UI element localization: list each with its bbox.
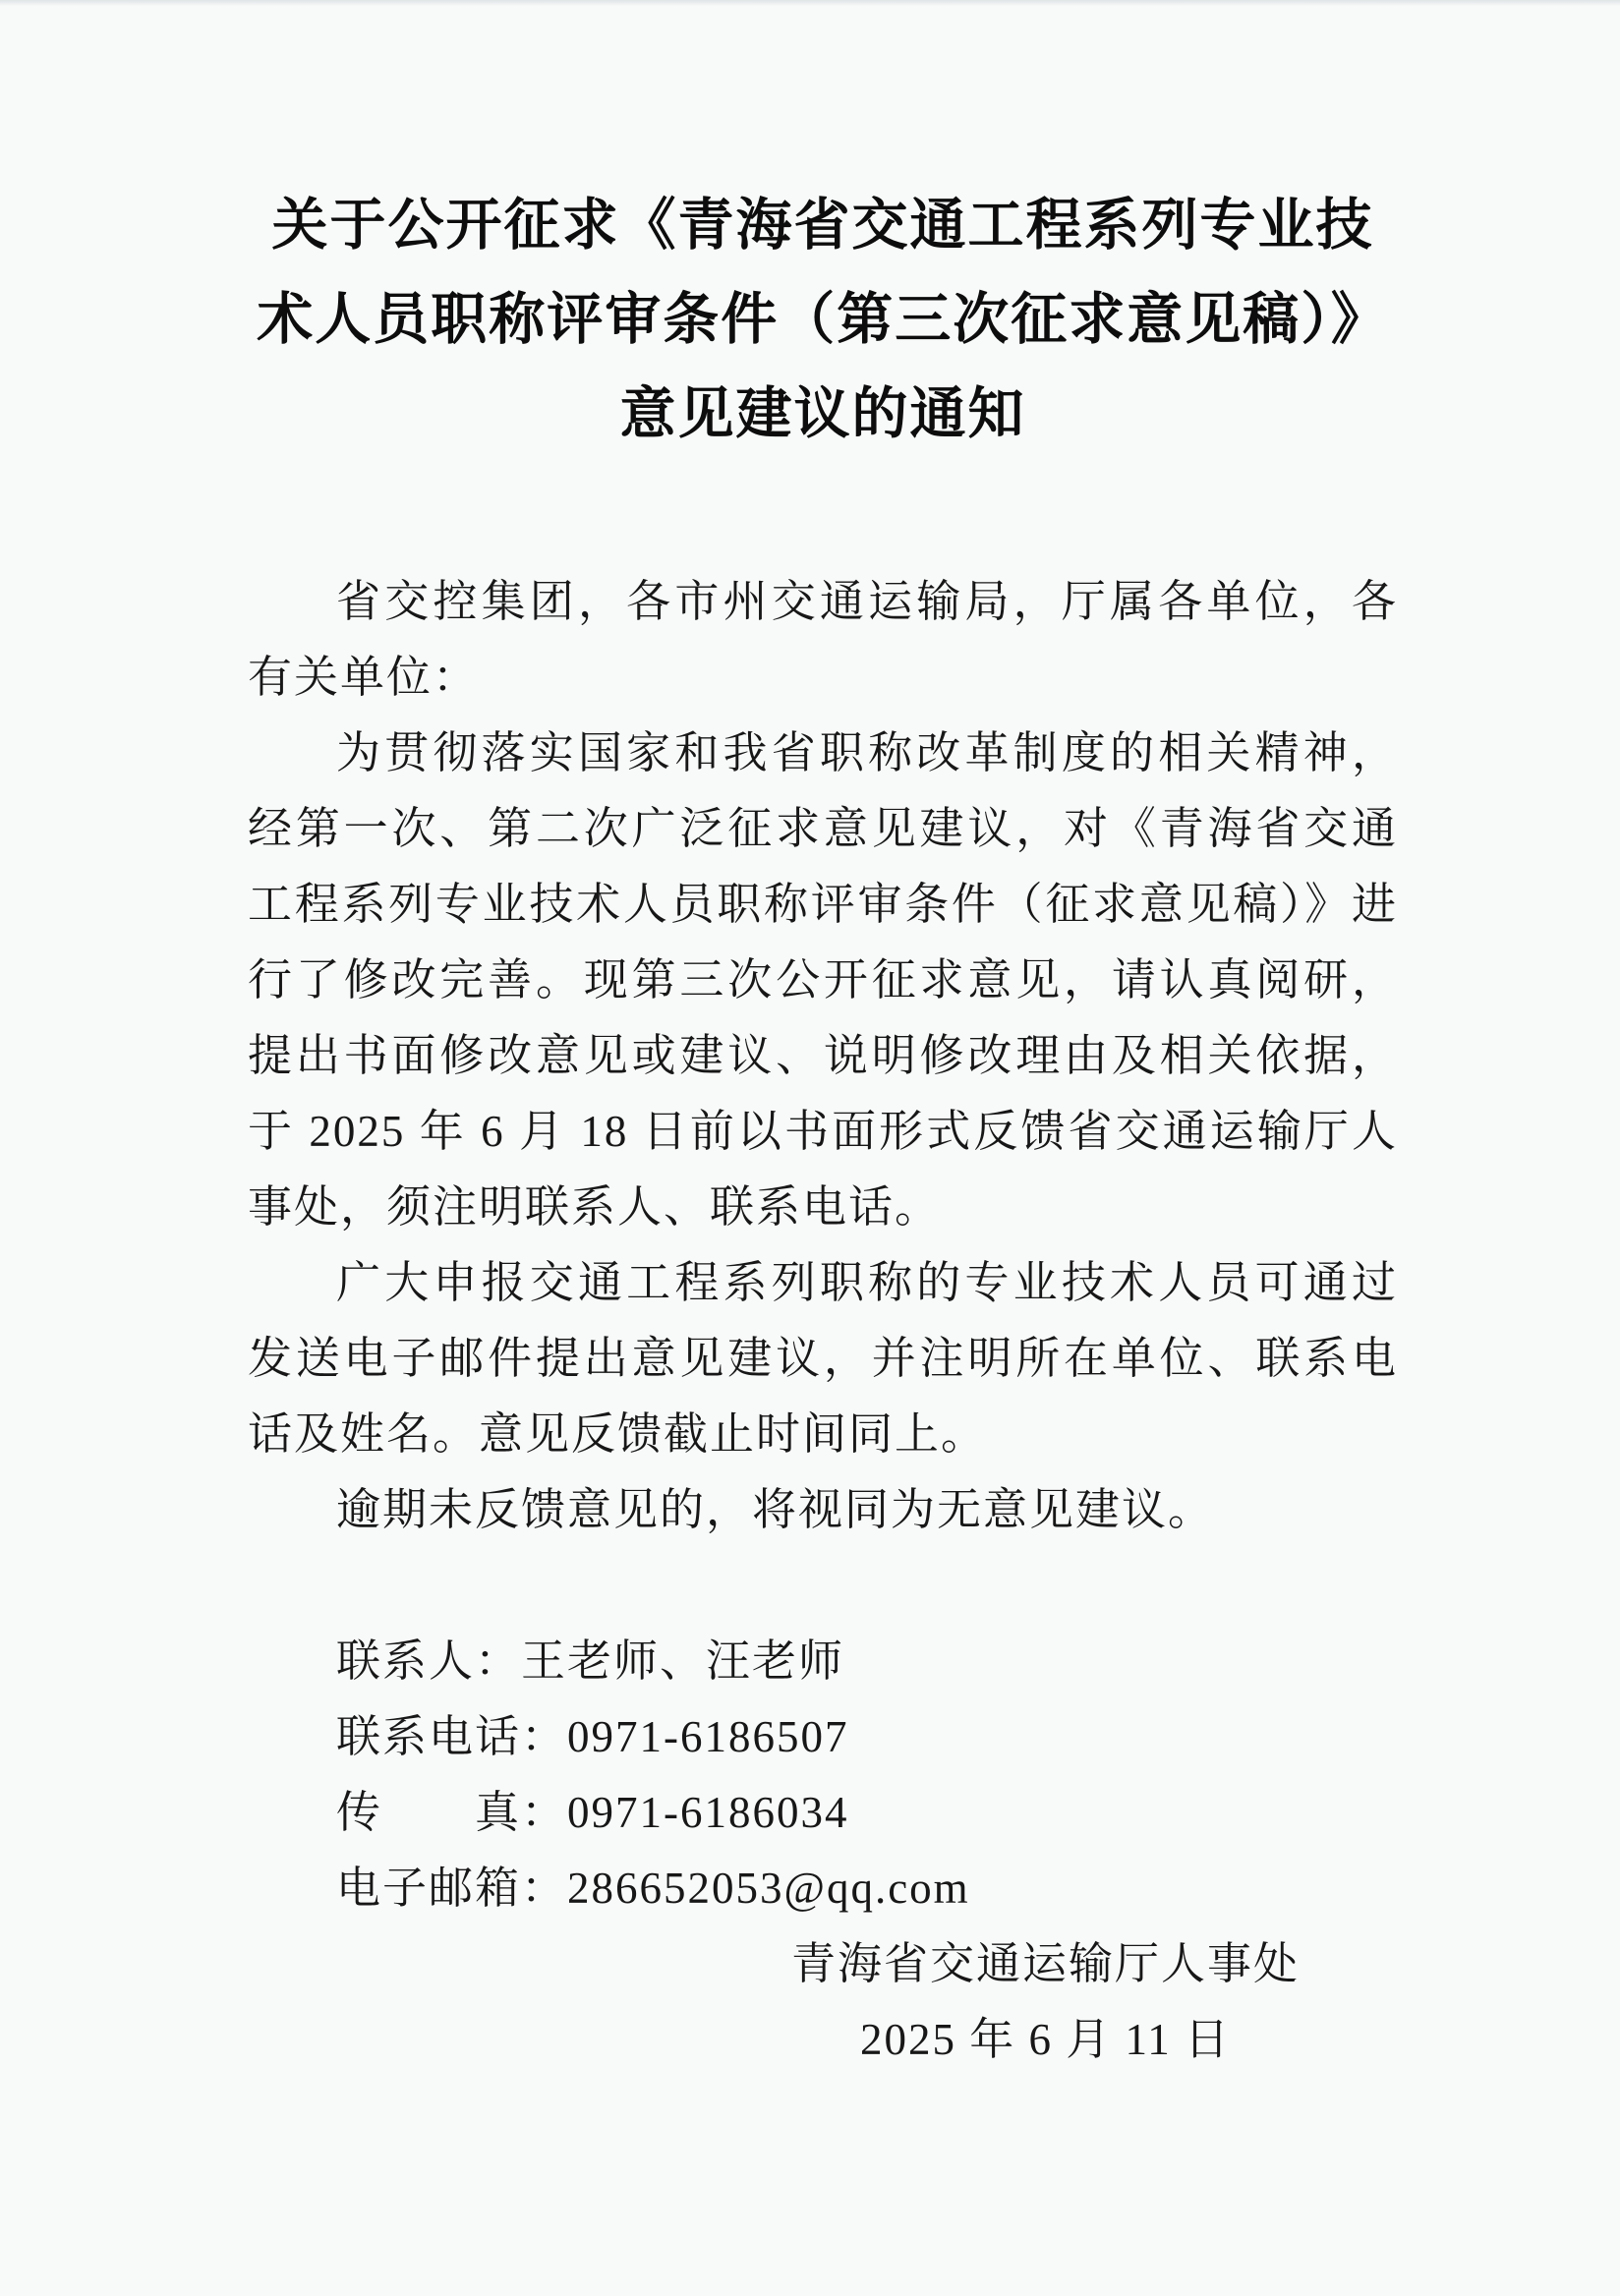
contact-email-label: 电子邮箱： <box>336 1864 567 1913</box>
contact-phone-value: 0971-6186507 <box>567 1712 849 1761</box>
contact-fax-label: 传 真： <box>336 1788 567 1837</box>
document-body: 省交控集团，各市州交通运输局，厅属各单位，各有关单位： 为贯彻落实国家和我省职称… <box>248 564 1398 2078</box>
contact-phone-line: 联系电话：0971-6186507 <box>248 1699 1398 1775</box>
document-page: 关于公开征求《青海省交通工程系列专业技 术人员职称评审条件（第三次征求意见稿）》… <box>0 0 1620 2296</box>
contact-email-line: 电子邮箱：286652053@qq.com <box>248 1851 1398 1926</box>
title-line-1: 关于公开征求《青海省交通工程系列专业技 <box>248 179 1398 273</box>
signature-date: 2025 年 6 月 11 日 <box>860 2002 1231 2078</box>
signature-issuer: 青海省交通运输厅人事处 <box>791 1926 1300 2002</box>
paragraph-salutation: 省交控集团，各市州交通运输局，厅属各单位，各有关单位： <box>248 564 1398 716</box>
paragraph-deadline-note: 逾期未反馈意见的，将视同为无意见建议。 <box>248 1472 1398 1548</box>
contact-phone-label: 联系电话： <box>336 1712 567 1761</box>
contact-fax-value: 0971-6186034 <box>567 1788 849 1837</box>
paragraph-email-channel: 广大申报交通工程系列职称的专业技术人员可通过发送电子邮件提出意见建议，并注明所在… <box>248 1245 1398 1472</box>
document-title: 关于公开征求《青海省交通工程系列专业技 术人员职称评审条件（第三次征求意见稿）》… <box>248 179 1398 462</box>
signature-block: 青海省交通运输厅人事处 2025 年 6 月 11 日 <box>791 1926 1300 2078</box>
contact-person-value: 王老师、汪老师 <box>521 1636 844 1686</box>
paragraph-main: 为贯彻落实国家和我省职称改革制度的相关精神，经第一次、第二次广泛征求意见建议，对… <box>248 716 1398 1245</box>
title-line-3: 意见建议的通知 <box>248 368 1398 462</box>
document-content: 关于公开征求《青海省交通工程系列专业技 术人员职称评审条件（第三次征求意见稿）》… <box>0 179 1620 2078</box>
contact-block: 联系人：王老师、汪老师 联系电话：0971-6186507 传 真：0971-6… <box>248 1624 1398 1926</box>
title-line-2: 术人员职称评审条件（第三次征求意见稿）》 <box>248 273 1398 368</box>
scan-edge-artifact <box>0 0 1620 6</box>
contact-person-label: 联系人： <box>336 1636 521 1686</box>
contact-email-value: 286652053@qq.com <box>567 1864 970 1913</box>
contact-person-line: 联系人：王老师、汪老师 <box>248 1624 1398 1699</box>
contact-fax-line: 传 真：0971-6186034 <box>248 1775 1398 1851</box>
